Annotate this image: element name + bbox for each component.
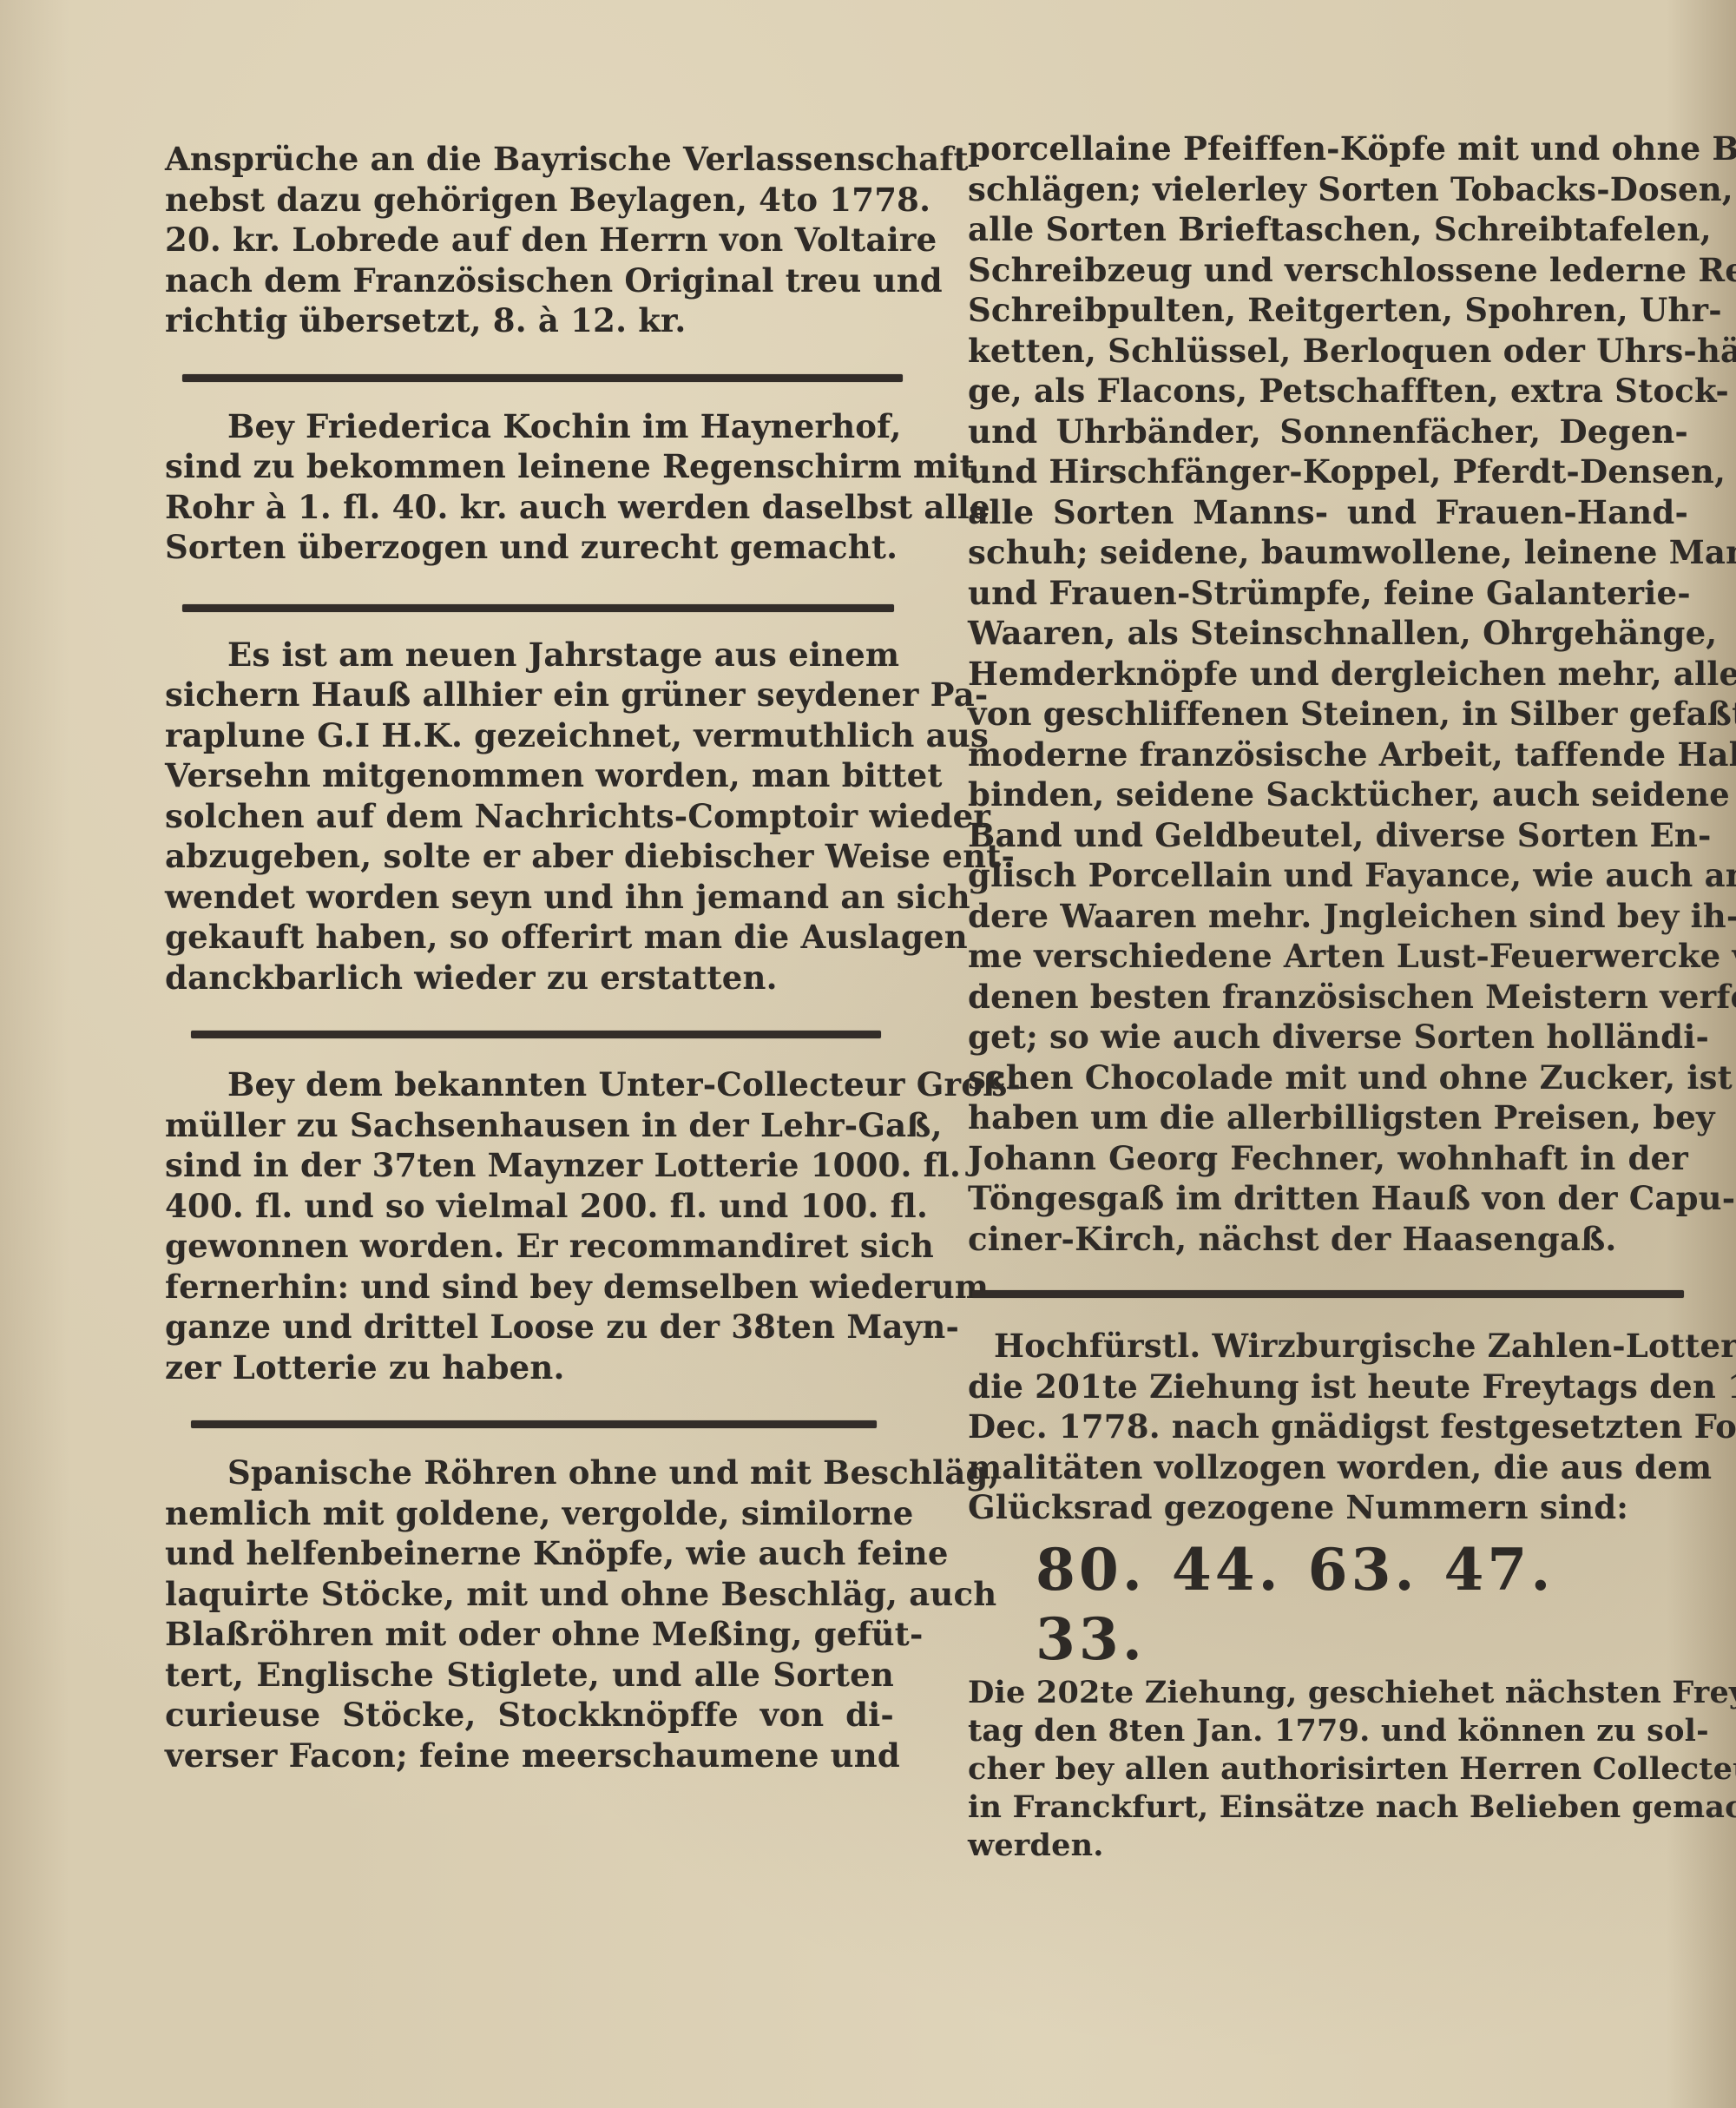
divider-rule xyxy=(191,1420,877,1428)
text-line: wendet worden seyn und ihn jemand an sic… xyxy=(165,877,894,918)
text-line: denen besten französischen Meistern verf… xyxy=(968,977,1688,1018)
text-line: tag den 8ten Jan. 1779. und können zu so… xyxy=(968,1712,1688,1750)
text-line: Versehn mitgenommen worden, man bittet xyxy=(165,755,894,796)
text-line: und Frauen-Strümpfe, feine Galanterie- xyxy=(968,573,1688,614)
text-line: dere Waaren mehr. Jngleichen sind bey ih… xyxy=(968,896,1688,937)
text-line: Die 202te Ziehung, geschiehet nächsten F… xyxy=(968,1674,1688,1712)
notice-wirzburg-lottery: Hochfürstl. Wirzburgische Zahlen-Lotteri… xyxy=(968,1326,1688,1528)
text-line: porcellaine Pfeiffen-Köpfe mit und ohne … xyxy=(968,128,1688,169)
text-line: binden, seidene Sacktücher, auch seidene xyxy=(968,774,1688,815)
text-line: 20. kr. Lobrede auf den Herrn von Voltai… xyxy=(165,220,894,260)
text-line: abzugeben, solte er aber diebischer Weis… xyxy=(165,836,894,877)
text-line: ganze und drittel Loose zu der 38ten May… xyxy=(165,1307,894,1347)
text-line: Waaren, als Steinschnallen, Ohrgehänge, xyxy=(968,613,1688,654)
text-line: Es ist am neuen Jahrstage aus einem xyxy=(165,635,894,675)
text-line: ketten, Schlüssel, Berloquen oder Uhrs-h… xyxy=(968,331,1688,372)
text-line: und Hirschfänger-Koppel, Pferdt-Densen, xyxy=(968,451,1688,492)
text-line: Rohr à 1. fl. 40. kr. auch werden daselb… xyxy=(165,487,894,528)
text-line: schuh; seidene, baumwollene, leinene Man… xyxy=(968,532,1688,573)
text-line: Band und Geldbeutel, diverse Sorten En- xyxy=(968,815,1688,856)
text-line: Sorten überzogen und zurecht gemacht. xyxy=(165,527,894,568)
text-line: schlägen; vielerley Sorten Tobacks-Dosen… xyxy=(968,169,1688,210)
text-line: Blaßröhren mit oder ohne Meßing, gefüt- xyxy=(165,1614,894,1655)
text-line: Glücksrad gezogene Nummern sind: xyxy=(968,1487,1688,1528)
text-line: die 201te Ziehung ist heute Freytags den… xyxy=(968,1367,1688,1407)
text-line: fernerhin: und sind bey demselben wieder… xyxy=(165,1267,894,1308)
text-line: sind zu bekommen leinene Regenschirm mit xyxy=(165,446,894,487)
text-line: Johann Georg Fechner, wohnhaft in der xyxy=(968,1138,1688,1179)
lottery-number: 33. xyxy=(1036,1604,1146,1674)
text-line: sind in der 37ten Maynzer Lotterie 1000.… xyxy=(165,1145,894,1186)
text-line: gewonnen worden. Er recommandiret sich xyxy=(165,1226,894,1267)
text-line: ge, als Flacons, Petschafften, extra Sto… xyxy=(968,371,1688,412)
text-line: Dec. 1778. nach gnädigst festgesetzten F… xyxy=(968,1406,1688,1447)
text-line: müller zu Sachsenhausen in der Lehr-Gaß, xyxy=(165,1105,894,1146)
notice-lost-parapluie: Es ist am neuen Jahrstage aus einem sich… xyxy=(165,635,894,998)
text-line: Hochfürstl. Wirzburgische Zahlen-Lotteri… xyxy=(968,1326,1688,1367)
text-line: tert, Englische Stiglete, und alle Sorte… xyxy=(165,1655,894,1696)
notice-fechner-wares: porcellaine Pfeiffen-Köpfe mit und ohne … xyxy=(968,128,1688,1259)
left-column: Ansprüche an die Bayrische Verlassenscha… xyxy=(165,139,894,1775)
notice-spanish-canes: Spanische Röhren ohne und mit Beschläg, … xyxy=(165,1453,894,1775)
divider-rule xyxy=(182,604,894,612)
notice-lottery-collector: Bey dem bekannten Unter-Collecteur Groß-… xyxy=(165,1064,894,1387)
text-line: Ansprüche an die Bayrische Verlassenscha… xyxy=(165,139,894,180)
text-line: alle Sorten Brieftaschen, Schreibtafelen… xyxy=(968,209,1688,250)
text-line: Schreibzeug und verschlossene lederne Re… xyxy=(968,250,1688,291)
text-line: in Franckfurt, Einsätze nach Belieben ge… xyxy=(968,1789,1688,1827)
text-line: schen Chocolade mit und ohne Zucker, ist… xyxy=(968,1057,1688,1098)
right-column: porcellaine Pfeiffen-Köpfe mit und ohne … xyxy=(968,128,1688,1865)
text-line: alle Sorten Manns- und Frauen-Hand- xyxy=(968,492,1688,533)
text-line: Bey dem bekannten Unter-Collecteur Groß- xyxy=(165,1064,894,1105)
text-line: richtig übersetzt, 8. à 12. kr. xyxy=(165,300,894,341)
text-line: ciner-Kirch, nächst der Haasengaß. xyxy=(968,1219,1688,1260)
text-line: 400. fl. und so vielmal 200. fl. und 100… xyxy=(165,1186,894,1227)
lottery-number: 63. xyxy=(1308,1535,1418,1604)
text-line: raplune G.I H.K. gezeichnet, vermuthlich… xyxy=(165,715,894,756)
text-line: danckbarlich wieder zu erstatten. xyxy=(165,958,894,998)
text-line: und Uhrbänder, Sonnenfächer, Degen- xyxy=(968,412,1688,452)
text-line: Spanische Röhren ohne und mit Beschläg, xyxy=(165,1453,894,1493)
text-line: curieuse Stöcke, Stockknöpffe von di- xyxy=(165,1695,894,1736)
text-line: zer Lotterie zu haben. xyxy=(165,1347,894,1388)
text-line: me verschiedene Arten Lust-Feuerwercke v… xyxy=(968,936,1688,977)
divider-rule xyxy=(972,1290,1684,1298)
text-line: werden. xyxy=(968,1827,1688,1865)
text-line: nemlich mit goldene, vergolde, similorne xyxy=(165,1493,894,1534)
text-line: haben um die allerbilligsten Preisen, be… xyxy=(968,1097,1688,1138)
text-line: Hemderknöpfe und dergleichen mehr, alles xyxy=(968,654,1688,695)
text-line: Töngesgaß im dritten Hauß von der Capu- xyxy=(968,1178,1688,1219)
text-line: von geschliffenen Steinen, in Silber gef… xyxy=(968,694,1688,735)
text-line: Schreibpulten, Reitgerten, Spohren, Uhr- xyxy=(968,290,1688,331)
lottery-number: 47. xyxy=(1443,1535,1554,1604)
drawn-lottery-numbers: 80.44.63.47.33. xyxy=(968,1535,1688,1674)
newspaper-page: Ansprüche an die Bayrische Verlassenscha… xyxy=(0,0,1736,2108)
text-line: get; so wie auch diverse Sorten holländi… xyxy=(968,1017,1688,1057)
text-line: glisch Porcellain und Fayance, wie auch … xyxy=(968,855,1688,896)
lottery-number: 80. xyxy=(1036,1535,1146,1604)
notice-next-drawing: Die 202te Ziehung, geschiehet nächsten F… xyxy=(968,1674,1688,1865)
text-line: solchen auf dem Nachrichts-Comptoir wied… xyxy=(165,796,894,837)
text-line: und helfenbeinerne Knöpfe, wie auch fein… xyxy=(165,1533,894,1574)
text-line: malitäten vollzogen worden, die aus dem xyxy=(968,1447,1688,1488)
text-line: nach dem Französischen Original treu und xyxy=(165,260,894,301)
text-line: moderne französische Arbeit, taffende Ha… xyxy=(968,735,1688,775)
text-line: sichern Hauß allhier ein grüner seydener… xyxy=(165,675,894,715)
text-line: Bey Friederica Kochin im Haynerhof, xyxy=(165,406,894,447)
lottery-number: 44. xyxy=(1172,1535,1282,1604)
text-line: verser Facon; feine meerschaumene und xyxy=(165,1736,894,1776)
notice-bavarian-estate: Ansprüche an die Bayrische Verlassenscha… xyxy=(165,139,894,341)
text-line: laquirte Stöcke, mit und ohne Beschläg, … xyxy=(165,1574,894,1615)
divider-rule xyxy=(191,1031,881,1038)
text-line: gekauft haben, so offerirt man die Ausla… xyxy=(165,917,894,958)
notice-umbrellas: Bey Friederica Kochin im Haynerhof, sind… xyxy=(165,406,894,568)
divider-rule xyxy=(182,374,903,382)
text-line: nebst dazu gehörigen Beylagen, 4to 1778. xyxy=(165,180,894,221)
text-line: cher bey allen authorisirten Herren Coll… xyxy=(968,1750,1688,1789)
